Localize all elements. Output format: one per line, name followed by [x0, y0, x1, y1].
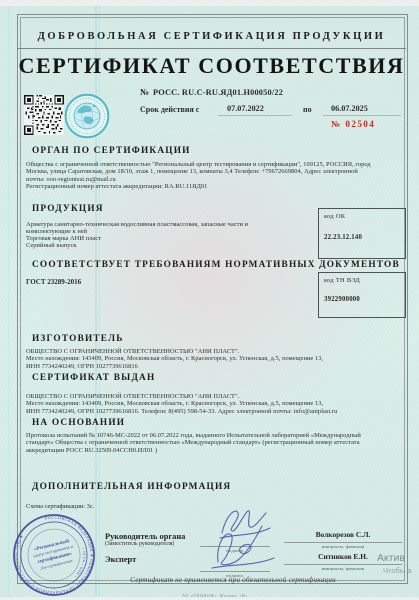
- section-heading-basis: НА ОСНОВАНИИ: [32, 418, 125, 428]
- deputy-label: (Заместитель руководителя): [105, 541, 174, 547]
- restriction-note: Сертификат не применяется при обязательн…: [108, 576, 358, 584]
- product-text-line: комплектующие к ней: [26, 228, 248, 235]
- head-of-body-label: Руководитель органа: [105, 532, 185, 541]
- activation-watermark-line2: Чтобы а: [383, 566, 411, 575]
- scan-streak: [8, 6, 9, 597]
- standard-reference: ГОСТ 23289-2016: [26, 278, 81, 286]
- issued-text-line: ОБЩЕСТВО С ОГРАНИЧЕННОЙ ОТВЕТСТВЕННОСТЬЮ…: [26, 393, 337, 400]
- header-divider: [17, 48, 406, 49]
- product-text-line: Торговая марка АНИ пласт: [26, 235, 248, 242]
- section-heading-manufacturer: ИЗГОТОВИТЕЛЬ: [32, 334, 124, 344]
- issued-text-line: ИНН 7734240249, ОГРН 1027739616816. Теле…: [26, 408, 337, 415]
- section-heading-org: ОРГАН ПО СЕРТИФИКАЦИИ: [32, 146, 191, 156]
- product-text-line: Арматура санитарно-техническая водосливн…: [26, 221, 248, 228]
- ok-code-label: код ОК: [324, 213, 345, 220]
- round-stamp-icon: РОССИЙСКАЯ ФЕДЕРАЦИЯ ★ ОБЩЕСТВО С ОГРАНИ…: [12, 513, 96, 597]
- org-text-line: Общества с ограниченной ответственностью…: [26, 161, 371, 168]
- certification-scheme: Схема сертификации: 3с.: [26, 503, 94, 510]
- section-heading-compliance: СООТВЕТСТВУЕТ ТРЕБОВАНИЯМ НОРМАТИВНЫХ ДО…: [32, 260, 400, 270]
- head-name: Волкорезов С.Л.: [284, 530, 402, 539]
- section-heading-product: ПРОДУКЦИЯ: [32, 204, 104, 214]
- valid-to-date: 06.07.2025: [331, 104, 368, 113]
- form-number: № 02504: [331, 119, 375, 129]
- org-text-line: почты: ooo-regiontest.ru@mail.ru: [26, 176, 371, 183]
- basis-text-line: Протокола испытаний № 10746-МС-2022 от 0…: [26, 432, 361, 439]
- tnved-code-value: 3922900000: [324, 296, 360, 303]
- section-heading-issued: СЕРТИФИКАТ ВЫДАН: [32, 373, 155, 383]
- name-line: [284, 542, 402, 543]
- print-house-info: АО «ОПЦИОН», Москва, «В»: [125, 593, 305, 598]
- valid-to-label: по: [303, 105, 312, 114]
- expert-signature-icon: [210, 520, 276, 574]
- page-title: СЕРТИФИКАТ СООТВЕТСТВИЯ: [17, 53, 406, 79]
- certificate-paper: ДОБРОВОЛЬНАЯ СЕРТИФИКАЦИЯ ПРОДУКЦИИ СЕРТ…: [0, 6, 419, 597]
- validity-prefix: Срок действия с: [140, 105, 199, 114]
- name-caption: инициалы, фамилия: [284, 544, 402, 549]
- number-label: №: [140, 87, 149, 97]
- section-heading-additional: ДОПОЛНИТЕЛЬНАЯ ИНФОРМАЦИЯ: [32, 482, 231, 492]
- certificate-number: РОСС. RU.C-RU.ЯД01.Н00050/22: [153, 88, 283, 97]
- manufacturer-text-line: Место нахождения: 143409, Россия, Москов…: [26, 355, 323, 362]
- product-text-line: Серийный выпуск: [26, 242, 248, 249]
- expert-label: Эксперт: [105, 555, 136, 564]
- date-underline: [218, 115, 292, 116]
- band-title: ДОБРОВОЛЬНАЯ СЕРТИФИКАЦИЯ ПРОДУКЦИИ: [17, 31, 406, 42]
- activation-watermark-line1: Актив: [377, 552, 405, 564]
- manufacturer-text-line: ОБЩЕСТВО С ОГРАНИЧЕННОЙ ОТВЕТСТВЕННОСТЬЮ…: [26, 348, 323, 355]
- org-text-line: Москва, улица Саратовская, дом 18/10, эт…: [26, 168, 371, 175]
- certificate-scan: ДОБРОВОЛЬНАЯ СЕРТИФИКАЦИЯ ПРОДУКЦИИ СЕРТ…: [0, 0, 419, 600]
- manufacturer-text-line: ИНН 7734240249, ОГРН 1027739616816: [26, 363, 323, 370]
- qr-code-icon: [24, 95, 64, 135]
- date-underline: [323, 115, 401, 116]
- valid-from-date: 07.07.2022: [227, 104, 264, 113]
- issued-text-line: Место нахождения: 143409, Россия, Москов…: [26, 400, 337, 407]
- tnved-code-label: код ТН ВЭД: [324, 277, 360, 284]
- globe-emblem-icon: [64, 93, 110, 139]
- basis-text-line: аккредитации РОСС RU.32509.04ССН0.ИЛ01 ): [26, 447, 361, 454]
- name-line: [284, 564, 402, 565]
- org-text-line: Регистрационный номер аттестата аккредит…: [26, 183, 371, 190]
- ok-code-box: код ОК 22.23.12.140: [318, 208, 406, 259]
- basis-text-line: стандарт» Общества с ограниченной ответс…: [26, 439, 361, 446]
- ok-code-value: 22.23.12.140: [324, 234, 362, 241]
- tnved-code-box: код ТН ВЭД 3922900000: [318, 272, 406, 318]
